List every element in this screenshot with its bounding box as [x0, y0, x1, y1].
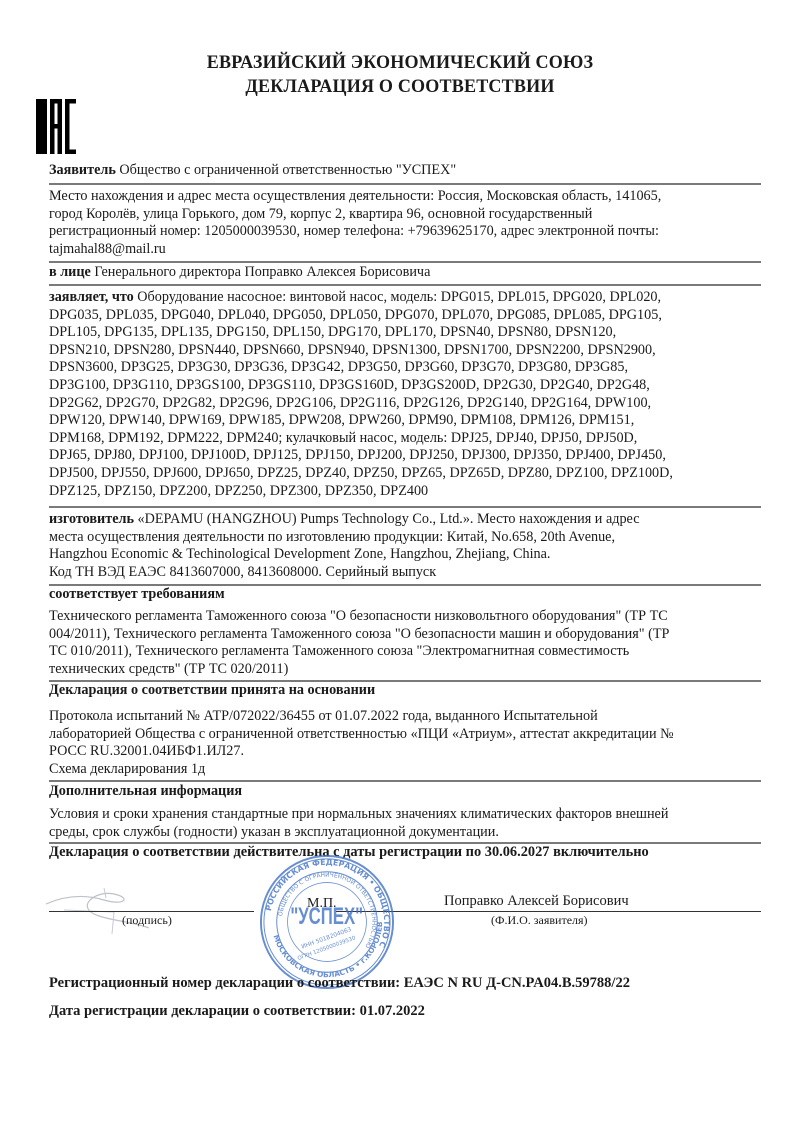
manufacturer-line: места осуществления деятельности по изго… [49, 529, 761, 547]
product-line: DPSN3600, DP3G25, DP3G30, DP3G36, DP3G42… [49, 359, 761, 377]
basis-label-row: Декларация о соответствии принята на осн… [49, 682, 761, 700]
validity-text: Декларация о соответствии действительна … [49, 844, 761, 862]
basis-label: Декларация о соответствии принята на осн… [49, 682, 375, 698]
applicant-row: Заявитель Общество с ограниченной ответс… [49, 162, 761, 180]
signature-caption: (подпись) [122, 913, 172, 928]
manufacturer-label: изготовитель [49, 511, 134, 527]
requirement-line: технических средств" (ТР ТС 020/2011) [49, 661, 761, 679]
basis-block: Протокола испытаний № АТР/072022/36455 о… [49, 708, 761, 778]
additional-label: Дополнительная информация [49, 783, 242, 799]
requirements-label-row: соответствует требованиям [49, 586, 761, 604]
registration-date: Дата регистрации декларации о соответств… [49, 1003, 425, 1020]
manufacturer-block: изготовитель «DEPAMU (HANGZHOU) Pumps Te… [49, 511, 761, 581]
basis-line: Протокола испытаний № АТР/072022/36455 о… [49, 708, 761, 726]
applicant-name: Поправко Алексей Борисович [444, 893, 744, 911]
email-text: tajmahal88@mail.ru [49, 241, 761, 259]
product-line: Оборудование насосное: винтовой насос, м… [137, 289, 661, 305]
name-caption: (Ф.И.О. заявителя) [491, 913, 588, 928]
manufacturer-line: Hangzhou Economic & Techinological Devel… [49, 546, 761, 564]
applicant-value: Общество с ограниченной ответственностью… [119, 162, 456, 178]
scheme-line: Схема декларирования 1д [49, 761, 761, 779]
product-line: DPJ500, DPJ550, DPJ600, DPJ650, DPZ25, D… [49, 465, 761, 483]
product-line: DPL105, DPG135, DPL135, DPG150, DPL150, … [49, 324, 761, 342]
hs-code-line: Код ТН ВЭД ЕАЭС 8413607000, 8413608000. … [49, 564, 761, 582]
requirement-line: Технического регламента Таможенного союз… [49, 608, 761, 626]
product-line: DP3G100, DP3G110, DP3GS100, DP3GS110, DP… [49, 377, 761, 395]
product-line: DPW120, DPW140, DPW169, DPW185, DPW208, … [49, 412, 761, 430]
product-line: DPZ125, DPZ150, DPZ200, DPZ250, DPZ300, … [49, 483, 761, 501]
declaration-title: ДЕКЛАРАЦИЯ О СООТВЕТСТВИИ [20, 76, 780, 98]
additional-line: среды, срок службы (годности) указан в э… [49, 824, 761, 842]
additional-block: Условия и сроки хранения стандартные при… [49, 806, 761, 841]
declaration-page: ЕВРАЗИЙСКИЙ ЭКОНОМИЧЕСКИЙ СОЮЗ ДЕКЛАРАЦИ… [0, 0, 800, 1130]
product-line: DPG035, DPL035, DPG040, DPL040, DPG050, … [49, 307, 761, 325]
name-line [336, 911, 761, 912]
basis-line: РОСС RU.32001.04ИБФ1.ИЛ27. [49, 743, 761, 761]
divider [49, 183, 761, 185]
product-line: DPJ65, DPJ80, DPJ100, DPJ100D, DPJ125, D… [49, 447, 761, 465]
divider [49, 780, 761, 782]
product-line: DPM168, DPM192, DPM222, DPM240; кулачков… [49, 430, 761, 448]
applicant-label: Заявитель [49, 162, 116, 178]
signature-line [49, 911, 254, 912]
additional-label-row: Дополнительная информация [49, 783, 761, 801]
address-block: Место нахождения и адрес места осуществл… [49, 188, 761, 258]
requirement-line: ТС 010/2011), Технического регламента Та… [49, 643, 761, 661]
address-line: город Королёв, улица Горького, дом 79, к… [49, 206, 761, 224]
represented-by-value: Генерального директора Поправко Алексея … [94, 264, 430, 280]
additional-line: Условия и сроки хранения стандартные при… [49, 806, 761, 824]
registration-number: Регистрационный номер декларации о соотв… [49, 975, 630, 992]
divider [49, 284, 761, 286]
requirements-block: Технического регламента Таможенного союз… [49, 608, 761, 678]
eac-logo-icon [36, 99, 76, 154]
requirements-label: соответствует требованиям [49, 586, 225, 602]
svg-text:"УСПЕХ": "УСПЕХ" [290, 903, 363, 930]
divider [49, 261, 761, 263]
represented-by-row: в лице Генерального директора Поправко А… [49, 264, 761, 282]
requirement-line: 004/2011), Технического регламента Тамож… [49, 626, 761, 644]
product-line: DP2G62, DP2G70, DP2G82, DP2G96, DP2G106,… [49, 395, 761, 413]
basis-line: лабораторией Общества с ограниченной отв… [49, 726, 761, 744]
address-line: регистрационный номер: 1205000039530, но… [49, 223, 761, 241]
product-line: DPSN210, DPSN280, DPSN440, DPSN660, DPSN… [49, 342, 761, 360]
address-line: Место нахождения и адрес места осуществл… [49, 188, 761, 206]
declares-block: заявляет, что Оборудование насосное: вин… [49, 289, 761, 500]
declares-label: заявляет, что [49, 289, 134, 305]
union-title: ЕВРАЗИЙСКИЙ ЭКОНОМИЧЕСКИЙ СОЮЗ [20, 52, 780, 74]
represented-by-label: в лице [49, 264, 91, 280]
divider [49, 506, 761, 508]
company-stamp-icon: РОССИЙСКАЯ ФЕДЕРАЦИЯ • ОБЩЕСТВО С ОБЩЕСТ… [258, 853, 396, 991]
manufacturer-line: «DEPAMU (HANGZHOU) Pumps Technology Co.,… [138, 511, 640, 527]
